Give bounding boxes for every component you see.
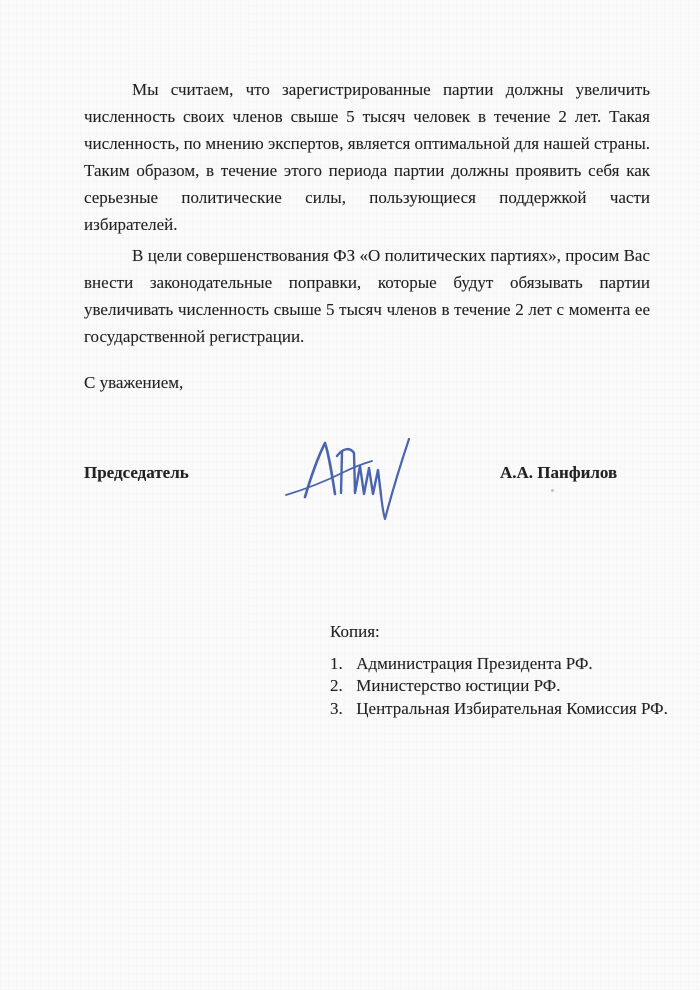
signer-name: А.А. Панфилов — [500, 461, 617, 485]
copy-item-text: Центральная Избирательная Комиссия РФ. — [356, 699, 668, 718]
copy-recipient-3: 3. Центральная Избирательная Комиссия РФ… — [330, 698, 668, 720]
copy-item-number: 3. — [330, 698, 352, 720]
copy-item-text: Министерство юстиции РФ. — [356, 676, 560, 695]
paragraph-1: Мы считаем, что зарегистрированные парти… — [84, 76, 650, 238]
signer-title: Председатель — [84, 461, 189, 485]
closing-salutation: С уважением, — [84, 371, 183, 395]
copies-list: 1. Администрация Президента РФ. 2. Минис… — [330, 653, 668, 720]
scan-speck — [551, 489, 554, 492]
document-page: Мы считаем, что зарегистрированные парти… — [0, 0, 700, 990]
copy-recipient-1: 1. Администрация Президента РФ. — [330, 653, 668, 675]
signature-strokes — [286, 439, 409, 519]
copy-recipient-2: 2. Министерство юстиции РФ. — [330, 675, 668, 697]
handwritten-signature-icon — [284, 430, 439, 525]
copies-label: Копия: — [330, 620, 668, 644]
copies-block: Копия: 1. Администрация Президента РФ. 2… — [330, 620, 668, 720]
copy-item-number: 1. — [330, 653, 352, 675]
letter-body: Мы считаем, что зарегистрированные парти… — [84, 76, 650, 350]
copy-item-text: Администрация Президента РФ. — [356, 654, 592, 673]
paragraph-2: В цели совершенствования ФЗ «О политичес… — [84, 242, 650, 350]
copy-item-number: 2. — [330, 675, 352, 697]
